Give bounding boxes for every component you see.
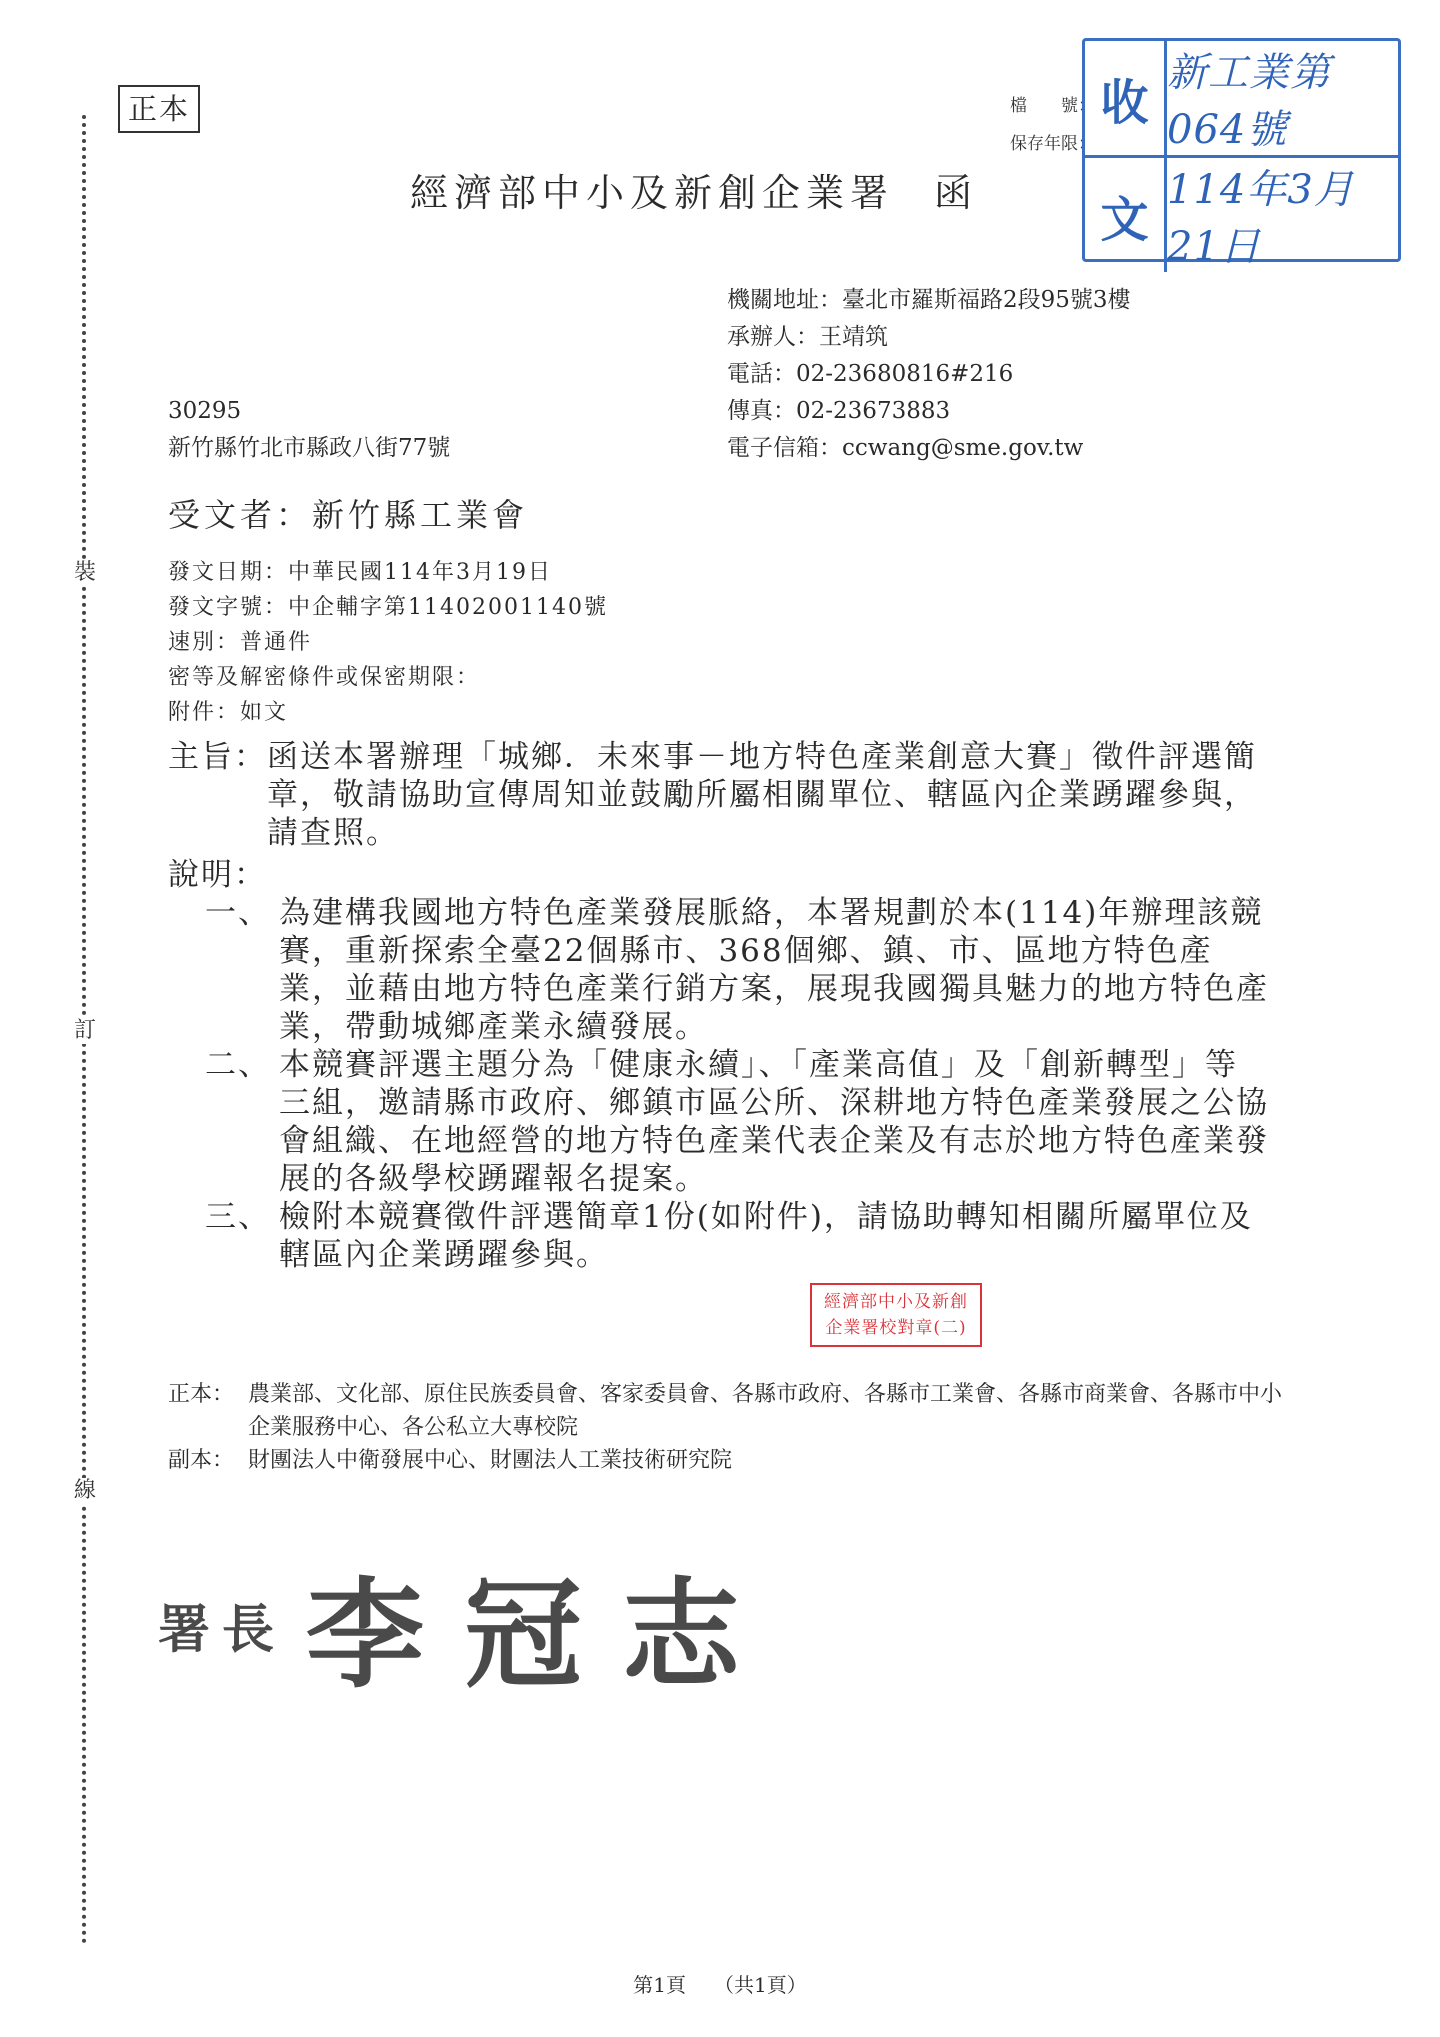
main-distribution: 正本： 農業部、文化部、原住民族委員會、客家委員會、各縣市政府、各縣市工業會、各… — [168, 1378, 1288, 1444]
phone-number: 電話：02-23680816#216 — [727, 356, 1131, 393]
item-text: 本競賽評選主題分為「健康永續」、「產業高值」及「創新轉型」等三組，邀請縣市政府、… — [279, 1046, 1270, 1198]
item-number: 一、 — [205, 894, 279, 1046]
page-total: （共1頁） — [714, 1973, 807, 1997]
item-text: 為建構我國地方特色產業發展脈絡，本署規劃於本(114)年辦理該競賽，重新探索全臺… — [279, 894, 1270, 1046]
delivery-speed: 速別：普通件 — [168, 625, 608, 660]
main-distribution-text: 農業部、文化部、原住民族委員會、客家委員會、各縣市政府、各縣市工業會、各縣市商業… — [248, 1378, 1288, 1444]
item-number: 二、 — [205, 1046, 279, 1198]
document-title: 經濟部中小及新創企業署函 — [410, 162, 978, 217]
copy-distribution-label: 副本： — [168, 1444, 248, 1477]
main-distribution-label: 正本： — [168, 1378, 248, 1444]
proofreading-seal: 經濟部中小及新創 企業署校對章(二) — [810, 1283, 982, 1347]
explanation-label: 說明： — [168, 856, 267, 894]
binding-char-ding: 訂 — [74, 1018, 96, 1044]
recipient: 受文者：新竹縣工業會 — [168, 490, 528, 536]
issue-date: 發文日期：中華民國114年3月19日 — [168, 555, 608, 590]
attachment: 附件：如文 — [168, 695, 608, 730]
signature-block: 署長李冠志 — [158, 1540, 780, 1710]
recipient-address-block: 30295 新竹縣竹北市縣政八街77號 — [168, 393, 450, 467]
distribution-block: 正本： 農業部、文化部、原住民族委員會、客家委員會、各縣市政府、各縣市工業會、各… — [168, 1378, 1288, 1477]
signatory-name: 李冠志 — [306, 1566, 780, 1704]
binding-char-xian: 線 — [74, 1478, 96, 1504]
seal-line-2: 企業署校對章(二) — [812, 1315, 980, 1341]
explanation-list: 一、 為建構我國地方特色產業發展脈絡，本署規劃於本(114)年辦理該競賽，重新探… — [205, 894, 1270, 1274]
agency-name: 經濟部中小及新創企業署 — [410, 171, 894, 215]
explanation-item: 二、 本競賽評選主題分為「健康永續」、「產業高值」及「創新轉型」等三組，邀請縣市… — [205, 1046, 1270, 1198]
agency-contact-block: 機關地址：臺北市羅斯福路2段95號3樓 承辦人：王靖筑 電話：02-236808… — [727, 282, 1131, 467]
seal-line-1: 經濟部中小及新創 — [812, 1289, 980, 1315]
document-type: 函 — [934, 171, 978, 215]
receipt-stamp: 收 新工業第064號 文 114年3月21日 — [1082, 38, 1401, 262]
page-number: 第1頁 — [633, 1973, 686, 1997]
subject-text: 函送本署辦理「城鄉．未來事－地方特色產業創意大賽」徵件評選簡章，敬請協助宣傳周知… — [267, 738, 1278, 852]
copy-distribution-text: 財團法人中衛發展中心、財團法人工業技術研究院 — [248, 1444, 1288, 1477]
email-address: 電子信箱：ccwang@sme.gov.tw — [727, 430, 1131, 467]
secrecy-level: 密等及解密條件或保密期限： — [168, 660, 608, 695]
recipient-zip: 30295 — [168, 393, 450, 430]
signatory-title: 署長 — [158, 1600, 286, 1661]
copy-distribution: 副本： 財團法人中衛發展中心、財團法人工業技術研究院 — [168, 1444, 1288, 1477]
subject-section: 主旨： 函送本署辦理「城鄉．未來事－地方特色產業創意大賽」徵件評選簡章，敬請協助… — [168, 738, 1278, 852]
copy-type-label: 正本 — [118, 85, 200, 133]
stamp-receipt-number: 新工業第064號 — [1167, 41, 1398, 158]
item-number: 三、 — [205, 1198, 279, 1274]
stamp-receipt-date: 114年3月21日 — [1167, 158, 1398, 272]
explanation-item: 一、 為建構我國地方特色產業發展脈絡，本署規劃於本(114)年辦理該競賽，重新探… — [205, 894, 1270, 1046]
agency-address: 機關地址：臺北市羅斯福路2段95號3樓 — [727, 282, 1131, 319]
handler-name: 承辦人：王靖筑 — [727, 319, 1131, 356]
recipient-address: 新竹縣竹北市縣政八街77號 — [168, 430, 450, 467]
document-meta: 發文日期：中華民國114年3月19日 發文字號：中企輔字第11402001140… — [168, 555, 608, 730]
explanation-item: 三、 檢附本競賽徵件評選簡章1份(如附件)，請協助轉知相關所屬單位及轄區內企業踴… — [205, 1198, 1270, 1274]
document-number: 發文字號：中企輔字第11402001140號 — [168, 590, 608, 625]
item-text: 檢附本競賽徵件評選簡章1份(如附件)，請協助轉知相關所屬單位及轄區內企業踴躍參與… — [279, 1198, 1270, 1274]
stamp-receive-char: 收 — [1085, 41, 1167, 158]
binding-char-zhuang: 裝 — [74, 560, 96, 586]
stamp-document-char: 文 — [1085, 158, 1167, 272]
page-footer: 第1頁（共1頁） — [0, 1969, 1440, 1998]
fax-number: 傳真：02-23673883 — [727, 393, 1131, 430]
subject-label: 主旨： — [168, 738, 267, 852]
